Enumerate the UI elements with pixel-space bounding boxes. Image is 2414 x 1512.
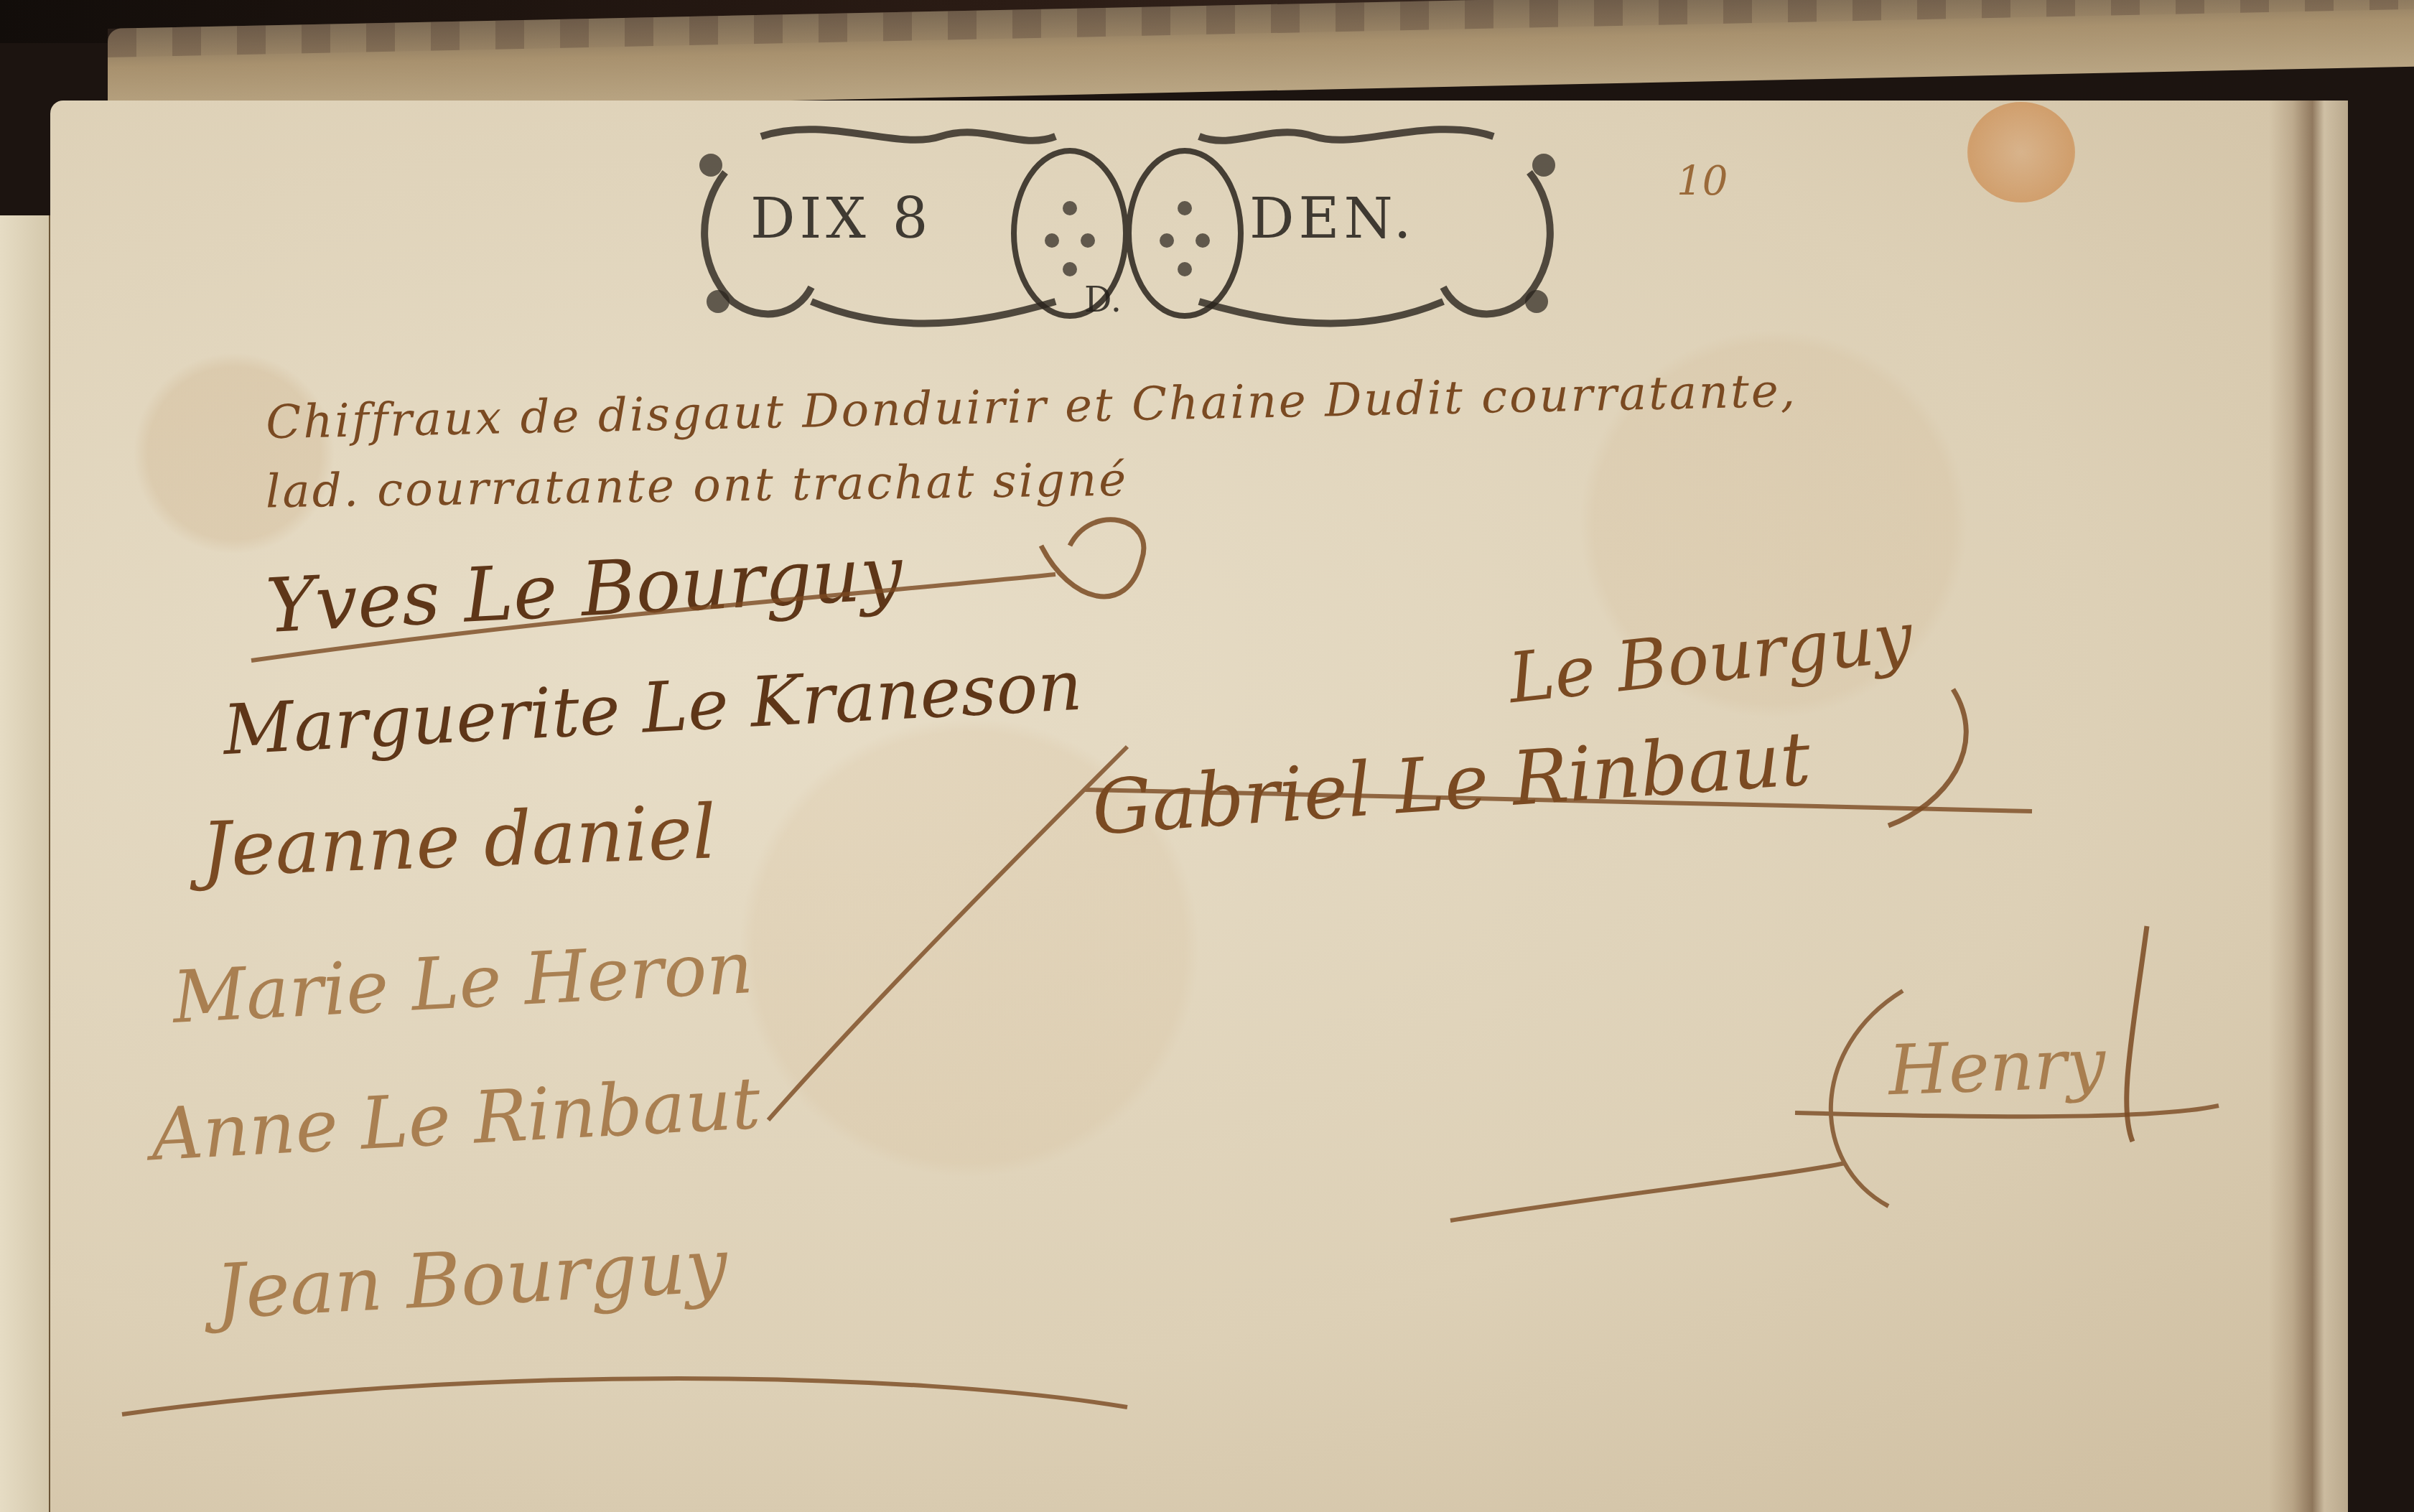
register-page: DIX 8 DEN. D. 10 Chiffraux de disgaut Do… (50, 101, 2348, 1512)
signature-marie: Marie Le Heron (170, 925, 755, 1040)
signature-anne: Anne Le Rinbaut (149, 1061, 763, 1177)
tax-stamp: DIX 8 DEN. D. (682, 108, 1572, 345)
stamp-value-bottom: D. (1084, 280, 1122, 320)
water-stain (1967, 102, 2075, 202)
text-line-1: Chiffraux de disgaut Donduirir et Chaine… (265, 365, 1797, 450)
folio-number: 10 (1677, 158, 1728, 205)
signature-jean: Jean Bourguy (213, 1221, 730, 1335)
signature-yves: Yves Le Bourguy (264, 529, 904, 650)
stamp-value-right: DEN. (1249, 187, 1416, 251)
text-line-2: lad. courratante ont trachat signé (266, 454, 1129, 519)
signature-bourgu: Le Bourguy (1505, 597, 1916, 719)
left-page-edge (0, 215, 51, 1512)
stamp-value-left: DIX 8 (750, 187, 932, 251)
signature-jeanne: Jeanne daniel (200, 788, 717, 894)
signature-gabriel: Gabriel Le Rinbaut (1089, 714, 1813, 852)
signature-henry: Henry (1887, 1023, 2107, 1111)
signature-marguerite: Marguerite Le Kraneson (221, 645, 1084, 771)
page-gutter (2269, 101, 2348, 1512)
